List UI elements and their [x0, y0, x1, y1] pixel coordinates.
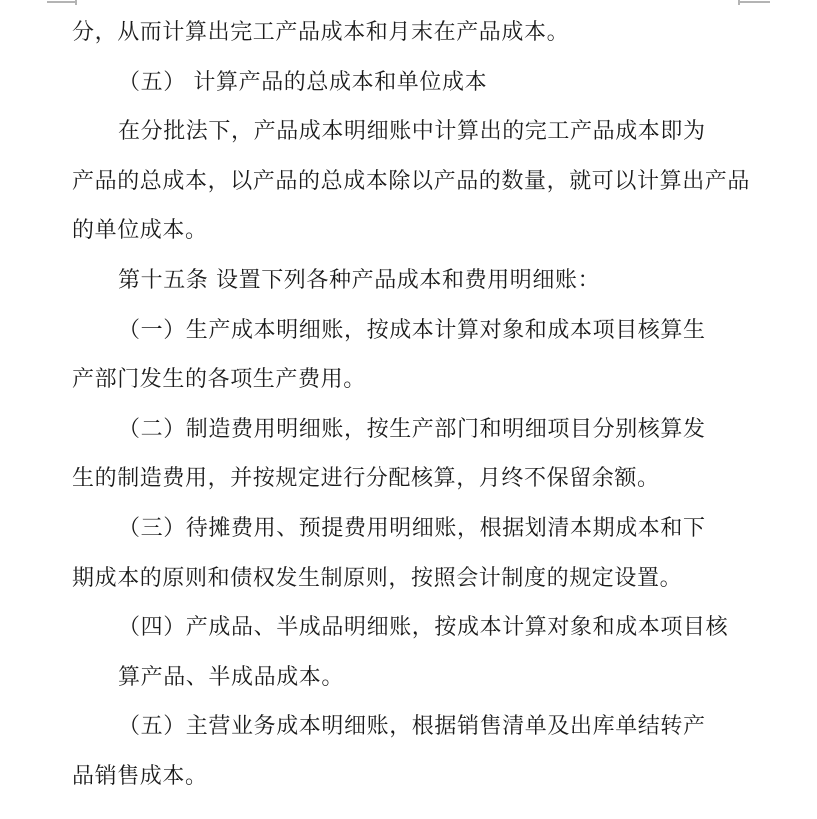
document-line: 期成本的原则和债权发生制原则，按照会计制度的规定设置。	[72, 554, 750, 604]
document-page: 分，从而计算出完工产品成本和月末在产品成本。（五） 计算产品的总成本和单位成本在…	[0, 0, 817, 819]
document-line: （三）待摊费用、预提费用明细账，根据划清本期成本和下	[72, 504, 750, 554]
document-line: （五）主营业务成本明细账，根据销售清单及出库单结转产	[72, 702, 750, 752]
document-line: 的单位成本。	[72, 206, 750, 256]
document-line: 产品的总成本，以产品的总成本除以产品的数量，就可以计算出产品	[72, 157, 750, 207]
document-body: 分，从而计算出完工产品成本和月末在产品成本。（五） 计算产品的总成本和单位成本在…	[72, 0, 750, 802]
document-line: 产部门发生的各项生产费用。	[72, 355, 750, 405]
document-line: （四）产成品、半成品明细账，按成本计算对象和成本项目核	[72, 603, 750, 653]
document-line: 生的制造费用，并按规定进行分配核算，月终不保留余额。	[72, 454, 750, 504]
document-line: 在分批法下，产品成本明细账中计算出的完工产品成本即为	[72, 107, 750, 157]
document-line: （五） 计算产品的总成本和单位成本	[72, 58, 750, 108]
document-line: 分，从而计算出完工产品成本和月末在产品成本。	[72, 8, 750, 58]
document-line: （一）生产成本明细账，按成本计算对象和成本项目核算生	[72, 306, 750, 356]
document-line: 品销售成本。	[72, 752, 750, 802]
document-line: 第十五条 设置下列各种产品成本和费用明细账：	[72, 256, 750, 306]
document-line: 算产品、半成品成本。	[72, 653, 750, 703]
document-line: （二）制造费用明细账，按生产部门和明细项目分别核算发	[72, 405, 750, 455]
